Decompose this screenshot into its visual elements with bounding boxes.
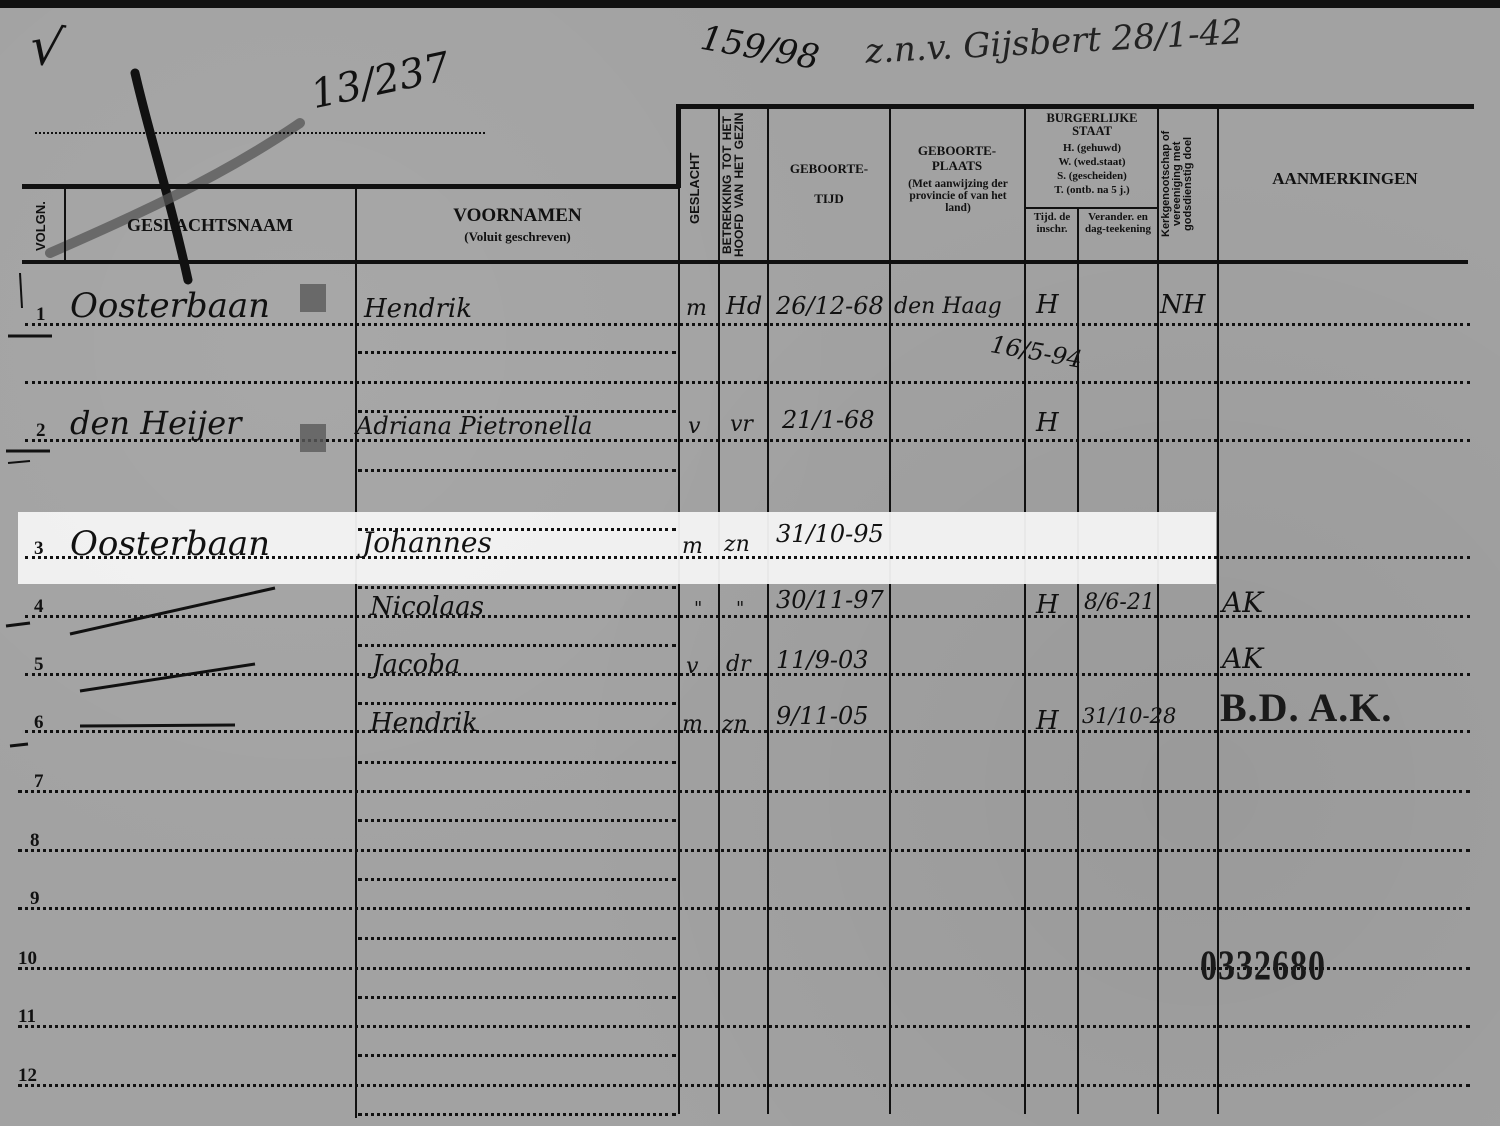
- row-line: [25, 439, 1470, 442]
- row2-geboortetijd: 21/1-68: [782, 406, 875, 434]
- col-divider: [718, 108, 720, 1114]
- header-top-border-right: [676, 104, 1474, 109]
- row-line: [18, 790, 1470, 793]
- header-verander: Verander. en dag-teekening: [1080, 212, 1156, 235]
- row2-stamp-mark: [300, 424, 326, 452]
- row5-aanmerkingen: AK: [1222, 642, 1263, 675]
- row1-geslacht: m: [686, 296, 707, 321]
- col-divider: [1077, 208, 1079, 1114]
- col-divider: [355, 188, 357, 1118]
- header-geslacht: GESLACHT: [688, 138, 701, 238]
- row4-voornamen: Nicolaas: [370, 592, 484, 622]
- row1-geboorteplaats: den Haag: [894, 294, 1002, 319]
- col-divider: [1157, 108, 1159, 1114]
- row-number: 10: [18, 948, 37, 970]
- col-divider: [1024, 108, 1026, 1114]
- row5-geslacht: v: [686, 654, 698, 679]
- row-line: [18, 1084, 1470, 1087]
- gezinskaart-document: √ 13/237 159/98 z.n.v. Gijsbert 28/1-42 …: [0, 0, 1500, 1126]
- row6-betrekking: zn: [722, 712, 748, 737]
- row3-voornamen: Johannes: [362, 526, 492, 559]
- header-geslachtsnaam: GESLACHTSNAAM: [70, 216, 350, 235]
- row4-geslacht: ": [694, 598, 702, 619]
- header-voornamen-sub: (Voluit geschreven): [360, 230, 675, 244]
- row-line: [358, 819, 676, 822]
- header-top-border-left: [22, 184, 680, 189]
- row1-betrekking: Hd: [726, 292, 762, 320]
- row-number: 12: [18, 1065, 37, 1087]
- row5-geboortetijd: 11/9-03: [776, 646, 869, 674]
- header-burgerlijke-staat-title: BURGERLIJKE STAAT: [1030, 112, 1154, 138]
- row-number: 11: [18, 1006, 36, 1028]
- header-tijd-inschr: Tijd. de inschr.: [1027, 212, 1077, 235]
- row2-tijd: H: [1036, 408, 1059, 438]
- header-volgn: VOLGN.: [34, 194, 47, 258]
- header-bs-w: W. (wed.staat): [1028, 157, 1156, 169]
- top-note-right: z.n.v. Gijsbert 28/1-42: [864, 12, 1244, 72]
- row-number: 7: [34, 771, 44, 793]
- row6-verander: 31/10-28: [1082, 704, 1176, 728]
- row1-geslachtsnaam: Oosterbaan: [70, 286, 270, 326]
- header-aanmerkingen: AANMERKINGEN: [1220, 170, 1470, 188]
- row6-geslacht: m: [682, 712, 703, 737]
- row-number: 9: [30, 888, 40, 910]
- row-number: 8: [30, 830, 40, 852]
- row3-geslachtsnaam: Oosterbaan: [70, 524, 270, 564]
- row-line: [358, 469, 676, 472]
- header-geboorteplaats-2: PLAATS: [892, 159, 1022, 173]
- row5-voornamen: Jacoba: [372, 650, 460, 680]
- row2-geslacht: v: [688, 414, 700, 439]
- row-line: [18, 1025, 1470, 1028]
- header-bs-s: S. (gescheiden): [1028, 171, 1156, 183]
- row4-betrekking: ": [736, 598, 744, 619]
- row3-betrekking: zn: [724, 532, 750, 557]
- row1-stamp-mark: [300, 284, 326, 312]
- row-line: [358, 586, 676, 589]
- row4-aanmerkingen: AK: [1222, 586, 1263, 619]
- header-geboortetijd-1: GEBOORTE-: [770, 162, 888, 176]
- row4-verander: 8/6-21: [1084, 590, 1155, 615]
- row2-voornamen: Adriana Pietronella: [356, 412, 592, 440]
- header-geboortetijd-2: TIJD: [770, 192, 888, 206]
- row-line: [358, 351, 676, 354]
- row1-geboortetijd: 26/12-68: [776, 292, 884, 320]
- header-voornamen: VOORNAMEN: [360, 206, 675, 226]
- row-line: [358, 937, 676, 940]
- col-divider: [64, 188, 66, 262]
- row1-voornamen: Hendrik: [364, 294, 472, 324]
- serial-number-stamp: 0332680: [1200, 943, 1326, 991]
- row-line: [18, 849, 1470, 852]
- row-line: [358, 644, 676, 647]
- row-line: [358, 996, 676, 999]
- header-kerkgenootschap: Kerkgenootschap of vereeniging met godsd…: [1161, 110, 1215, 258]
- row1-tijd: H: [1036, 290, 1059, 320]
- header-geboorteplaats-sub: (Met aanwijzing der provincie of van het…: [898, 178, 1018, 214]
- col-divider: [889, 108, 891, 1114]
- row2-betrekking: vr: [730, 412, 753, 437]
- row4-tijd: H: [1036, 590, 1059, 620]
- col-divider: [678, 108, 680, 1114]
- row6-geboortetijd: 9/11-05: [776, 702, 869, 730]
- row6-voornamen: Hendrik: [370, 708, 478, 738]
- row3-geboortetijd: 31/10-95: [776, 520, 884, 548]
- header-geboorteplaats-1: GEBOORTE-: [892, 144, 1022, 158]
- row-line: [358, 1054, 676, 1057]
- row-line: [358, 702, 676, 705]
- row1-kerk: NH: [1160, 290, 1205, 320]
- header-bottom-border: [22, 260, 1468, 264]
- header-bs-t: T. (ontb. na 5 j.): [1028, 185, 1156, 197]
- row-line: [358, 761, 676, 764]
- row6-tijd: H: [1036, 706, 1059, 736]
- row3-geslacht: m: [682, 534, 703, 559]
- header-betrekking: BETREKKING TOT HET HOOFD VAN HET GEZIN: [721, 112, 765, 258]
- burgerlijke-staat-sub-divider: [1026, 207, 1157, 209]
- row-line: [358, 1113, 676, 1116]
- row-line: [18, 907, 1470, 910]
- row1-tijd-extra: 16/5-94: [988, 330, 1084, 374]
- row5-betrekking: dr: [726, 652, 751, 677]
- col-divider: [767, 108, 769, 1114]
- row-line: [358, 878, 676, 881]
- row4-geboortetijd: 30/11-97: [776, 586, 884, 614]
- row2-geslachtsnaam: den Heijer: [70, 404, 241, 442]
- ditto-strikes: [60, 578, 320, 738]
- bdak-stamp: B.D. A.K.: [1220, 684, 1392, 731]
- row-line: [25, 381, 1470, 384]
- top-number-middle: 159/98: [697, 18, 822, 78]
- header-bs-h: H. (gehuwd): [1028, 143, 1156, 155]
